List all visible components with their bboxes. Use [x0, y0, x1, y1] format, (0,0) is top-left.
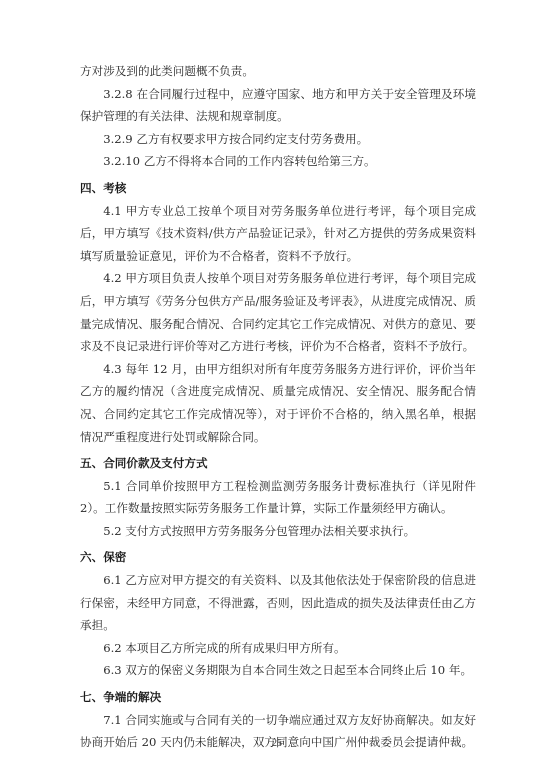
- paragraph-continuation: 方对涉及到的此类问题概不负责。: [80, 60, 476, 83]
- clause-3-2-8: 3.2.8 在合同履行过程中，应遵守国家、地方和甲方关于安全管理及环境保护管理的…: [80, 83, 476, 128]
- section-heading-confidentiality: 六、保密: [80, 546, 476, 569]
- clause-4-1: 4.1 甲方专业总工按单个项目对劳务服务单位进行考评，每个项目完成后，甲方填写《…: [80, 200, 476, 268]
- section-heading-assessment: 四、考核: [80, 177, 476, 200]
- clause-4-3: 4.3 每年 12 月，由甲方组织对所有年度劳务服务方进行评价，评价当年乙方的履…: [80, 358, 476, 448]
- clause-3-2-10: 3.2.10 乙方不得将本合同的工作内容转包给第三方。: [80, 150, 476, 173]
- clause-5-1: 5.1 合同单价按照甲方工程检测监测劳务服务计费标准执行（详见附件 2）。工作数…: [80, 475, 476, 520]
- page-number: 25: [0, 738, 554, 749]
- section-heading-price-payment: 五、合同价款及支付方式: [80, 452, 476, 475]
- clause-5-2: 5.2 支付方式按照甲方劳务服务分包管理办法相关要求执行。: [80, 520, 476, 543]
- clause-3-2-9: 3.2.9 乙方有权要求甲方按合同约定支付劳务费用。: [80, 128, 476, 151]
- clause-6-3: 6.3 双方的保密义务期限为自本合同生效之日起至本合同终止后 10 年。: [80, 659, 476, 682]
- clause-6-2: 6.2 本项目乙方所完成的所有成果归甲方所有。: [80, 637, 476, 660]
- clause-6-1: 6.1 乙方应对甲方提交的有关资料、以及其他依法处于保密阶段的信息进行保密，未经…: [80, 569, 476, 637]
- section-heading-dispute-resolution: 七、争端的解决: [80, 686, 476, 709]
- document-page: 方对涉及到的此类问题概不负责。 3.2.8 在合同履行过程中，应遵守国家、地方和…: [0, 0, 554, 783]
- clause-4-2: 4.2 甲方项目负责人按单个项目对劳务服务单位进行考评，每个项目完成后，甲方填写…: [80, 267, 476, 357]
- document-body: 方对涉及到的此类问题概不负责。 3.2.8 在合同履行过程中，应遵守国家、地方和…: [80, 60, 476, 754]
